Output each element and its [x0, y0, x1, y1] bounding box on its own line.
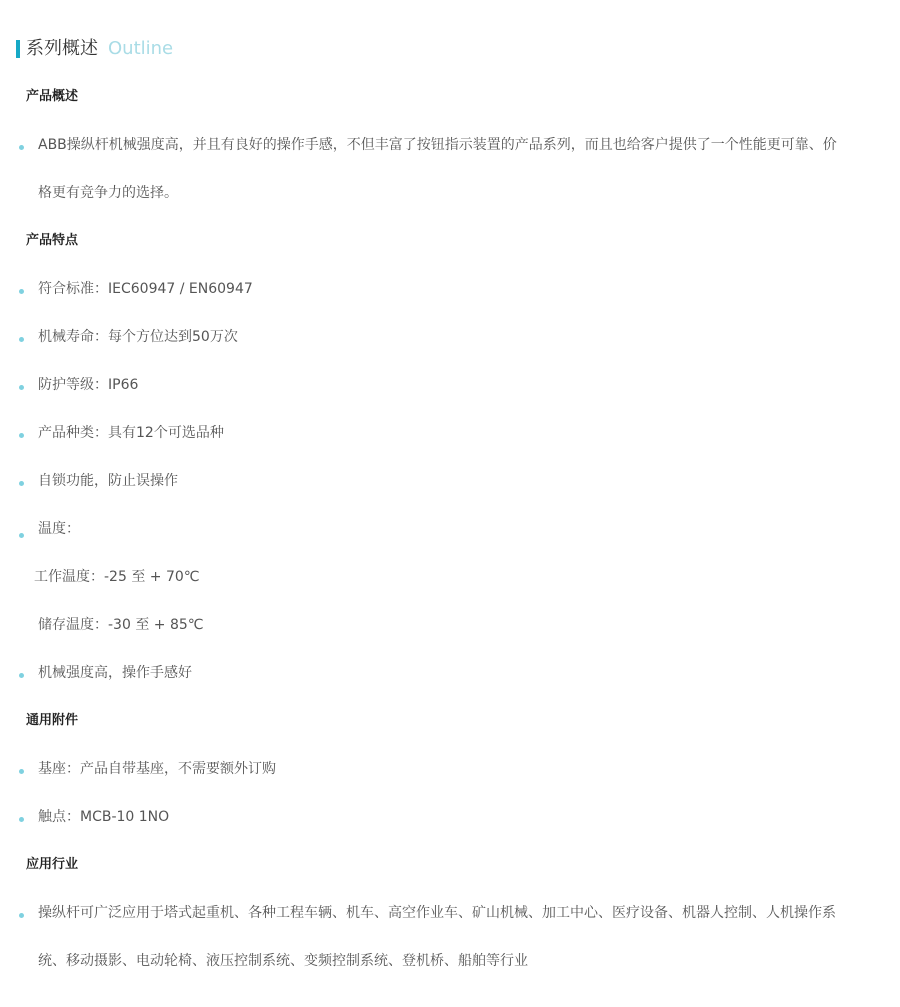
bullet-dot-icon — [19, 913, 24, 918]
list-item: 温度： — [0, 505, 900, 553]
list-item-text: 机械强度高，操作手感好 — [38, 665, 192, 681]
outline-content: 产品概述 ABB操纵杆机械强度高，并且有良好的操作手感，不但丰富了按钮指示装置的… — [0, 73, 900, 985]
list-item: 机械寿命：每个方位达到50万次 — [0, 313, 900, 361]
bullet-dot-icon — [19, 769, 24, 774]
list-item: 符合标准：IEC60947 / EN60947 — [0, 265, 900, 313]
bullet-dot-icon — [19, 433, 24, 438]
list-item-continuation: 格更有竞争力的选择。 — [0, 169, 900, 217]
bullet-dot-icon — [19, 481, 24, 486]
list-item: 触点：MCB-10 1NO — [0, 793, 900, 841]
list-sub-item: 储存温度：-30 至 + 85℃ — [0, 601, 900, 649]
section-heading-accessories: 通用附件 — [0, 697, 900, 745]
section-heading-applications: 应用行业 — [0, 841, 900, 889]
list-item-text: 温度： — [38, 521, 80, 537]
list-item: ABB操纵杆机械强度高，并且有良好的操作手感，不但丰富了按钮指示装置的产品系列，… — [0, 121, 900, 169]
list-item: 基座：产品自带基座，不需要额外订购 — [0, 745, 900, 793]
list-item-text: 操纵杆可广泛应用于塔式起重机、各种工程车辆、机车、高空作业车、矿山机械、加工中心… — [38, 905, 836, 921]
title-chinese: 系列概述 — [26, 36, 98, 62]
list-item-continuation: 统、移动摄影、电动轮椅、液压控制系统、变频控制系统、登机桥、船舶等行业 — [0, 937, 900, 985]
section-heading-overview: 产品概述 — [0, 73, 900, 121]
title-english: Outline — [108, 36, 173, 62]
bullet-dot-icon — [19, 337, 24, 342]
bullet-dot-icon — [19, 817, 24, 822]
bullet-dot-icon — [19, 673, 24, 678]
bullet-dot-icon — [19, 145, 24, 150]
list-item: 自锁功能，防止误操作 — [0, 457, 900, 505]
list-item-text: 防护等级：IP66 — [38, 377, 138, 393]
list-item-text: 产品种类：具有12个可选品种 — [38, 425, 224, 441]
list-sub-item: 工作温度：-25 至 + 70℃ — [0, 553, 900, 601]
list-item: 机械强度高，操作手感好 — [0, 649, 900, 697]
bullet-dot-icon — [19, 289, 24, 294]
list-item-text: 触点：MCB-10 1NO — [38, 809, 169, 825]
bullet-dot-icon — [19, 385, 24, 390]
list-item-text: 符合标准：IEC60947 / EN60947 — [38, 281, 253, 297]
list-item-text: 机械寿命：每个方位达到50万次 — [38, 329, 238, 345]
list-item-text: 基座：产品自带基座，不需要额外订购 — [38, 761, 276, 777]
section-title: 系列概述 Outline — [16, 36, 173, 62]
list-item-text: 自锁功能，防止误操作 — [38, 473, 178, 489]
list-item: 防护等级：IP66 — [0, 361, 900, 409]
list-item-text: ABB操纵杆机械强度高，并且有良好的操作手感，不但丰富了按钮指示装置的产品系列，… — [38, 137, 837, 153]
list-item: 操纵杆可广泛应用于塔式起重机、各种工程车辆、机车、高空作业车、矿山机械、加工中心… — [0, 889, 900, 937]
list-item: 产品种类：具有12个可选品种 — [0, 409, 900, 457]
bullet-dot-icon — [19, 533, 24, 538]
section-heading-features: 产品特点 — [0, 217, 900, 265]
title-accent-bar — [16, 40, 20, 58]
